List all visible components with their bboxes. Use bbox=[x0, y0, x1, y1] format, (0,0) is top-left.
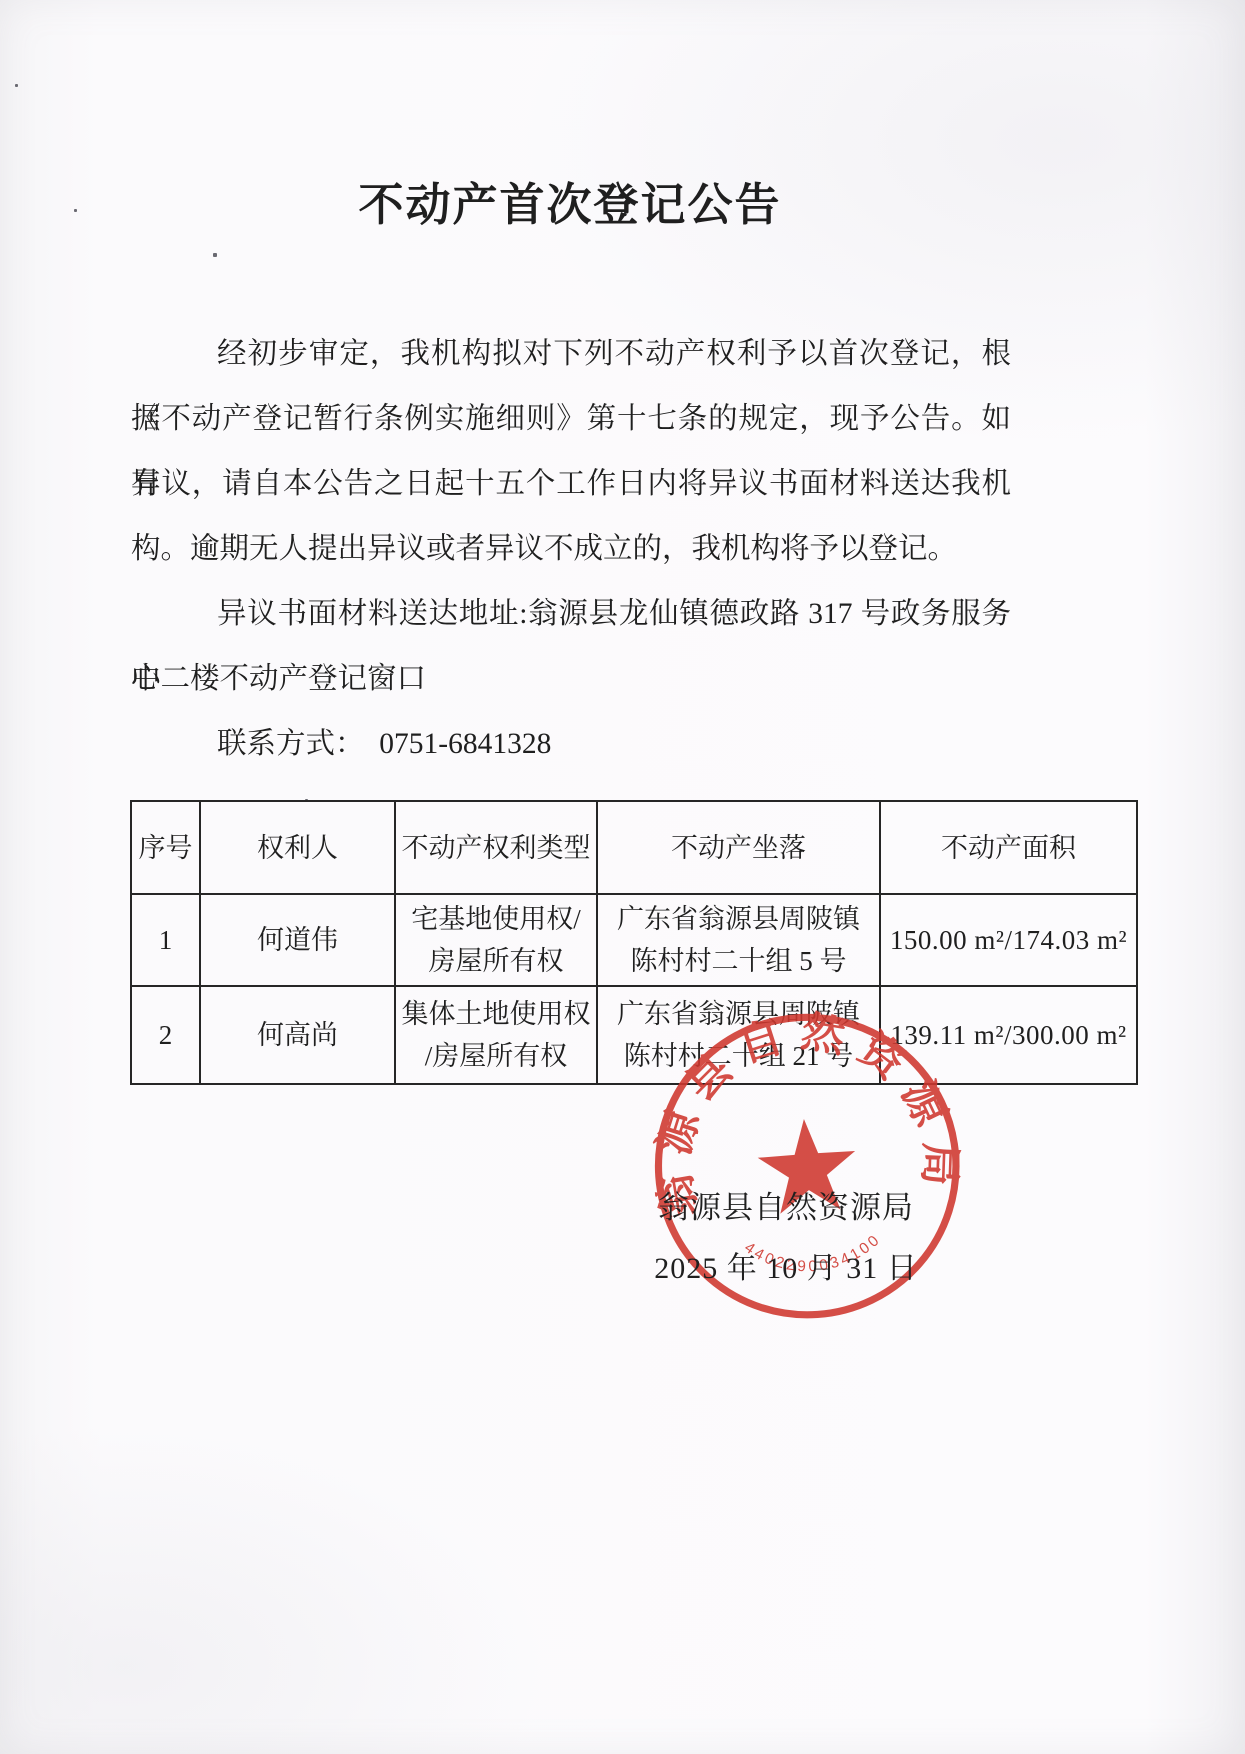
body-line: 构。逾期无人提出异议或者异议不成立的，我机构将予以登记。 bbox=[131, 517, 1011, 582]
cell-right-type: 宅基地使用权/ 房屋所有权 bbox=[395, 894, 597, 986]
body-line-address: 心二楼不动产登记窗口 bbox=[131, 647, 1011, 712]
scan-speck bbox=[74, 209, 77, 212]
cell-serial-no: 2 bbox=[131, 986, 200, 1084]
right-type-line: 宅基地使用权/ bbox=[400, 898, 592, 940]
cell-right-holder: 何道伟 bbox=[200, 894, 395, 986]
table-row: 1 何道伟 宅基地使用权/ 房屋所有权 广东省翁源县周陂镇 陈村村二十组 5 号… bbox=[131, 894, 1137, 986]
table-row: 2 何高尚 集体土地使用权 /房屋所有权 广东省翁源县周陂镇 陈村村二十组 21… bbox=[131, 986, 1137, 1084]
header-location: 不动产坐落 bbox=[597, 801, 880, 894]
contact-line: 联系方式： 0751-6841328 bbox=[131, 712, 1011, 777]
right-type-line: 房屋所有权 bbox=[400, 940, 592, 982]
right-type-line: 集体土地使用权 bbox=[400, 993, 592, 1035]
location-line: 陈村村二十组 5 号 bbox=[602, 940, 875, 982]
cell-serial-no: 1 bbox=[131, 894, 200, 986]
scan-speck bbox=[15, 84, 18, 87]
header-right-type: 不动产权利类型 bbox=[395, 801, 597, 894]
page-title: 不动产首次登记公告 bbox=[130, 168, 1010, 233]
table-header-row: 序号 权利人 不动产权利类型 不动产坐落 不动产面积 bbox=[131, 801, 1137, 894]
right-type-line: /房屋所有权 bbox=[400, 1035, 592, 1077]
cell-right-holder: 何高尚 bbox=[200, 986, 395, 1084]
scanned-document-page: 不动产首次登记公告 经初步审定，我机构拟对下列不动产权利予以首次登记，根据 《不… bbox=[0, 0, 1245, 1754]
signature-date: 2025 年 10 月 31 日 bbox=[600, 1243, 972, 1287]
body-text: 经初步审定，我机构拟对下列不动产权利予以首次登记，根据 《不动产登记暂行条例实施… bbox=[131, 322, 1011, 777]
registration-table: 序号 权利人 不动产权利类型 不动产坐落 不动产面积 1 何道伟 宅基地使用权/… bbox=[130, 800, 1138, 1085]
signature-agency: 翁源县自然资源局 bbox=[600, 1182, 972, 1227]
cell-right-type: 集体土地使用权 /房屋所有权 bbox=[395, 986, 597, 1084]
body-line: 异议，请自本公告之日起十五个工作日内将异议书面材料送达我机 bbox=[131, 452, 1011, 517]
header-area: 不动产面积 bbox=[880, 801, 1137, 894]
body-line-address: 异议书面材料送达地址:翁源县龙仙镇德政路 317 号政务服务中 bbox=[131, 582, 1011, 647]
cell-area: 150.00 m²/174.03 m² bbox=[880, 894, 1137, 986]
cell-location: 广东省翁源县周陂镇 陈村村二十组 5 号 bbox=[597, 894, 880, 986]
body-line: 《不动产登记暂行条例实施细则》第十七条的规定，现予公告。如有 bbox=[131, 387, 1011, 452]
location-line: 广东省翁源县周陂镇 bbox=[602, 898, 875, 940]
body-line: 经初步审定，我机构拟对下列不动产权利予以首次登记，根据 bbox=[131, 322, 1011, 387]
header-right-holder: 权利人 bbox=[200, 801, 395, 894]
header-serial-no: 序号 bbox=[131, 801, 200, 894]
scan-speck bbox=[213, 253, 217, 257]
